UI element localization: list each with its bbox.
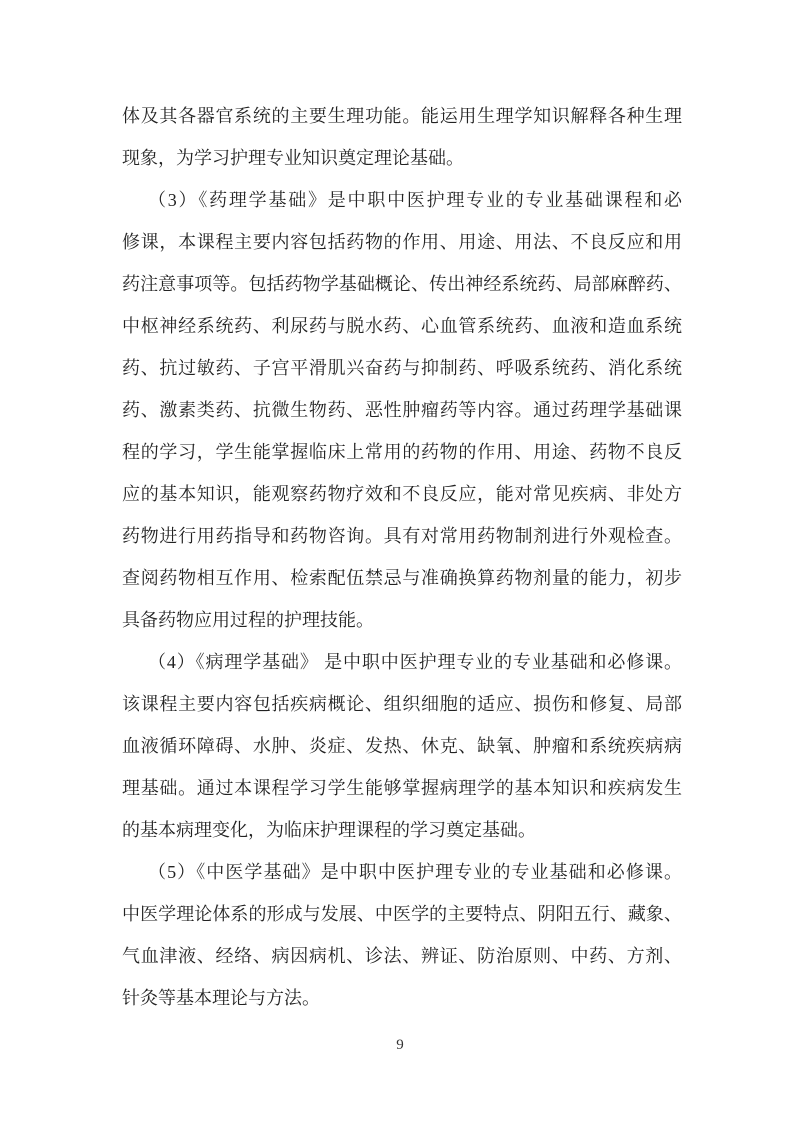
- text-line: 药物进行用药指导和药物咨询。具有对常用药物制剂进行外观检查。: [122, 515, 682, 557]
- page-number: 9: [0, 1034, 800, 1056]
- text-line: 药注意事项等。包括药物学基础概论、传出神经系统药、局部麻醉药、: [122, 263, 682, 305]
- text-line: （3）《药理学基础》是中职中医护理专业的专业基础课程和必: [122, 179, 682, 221]
- text-line: 针灸等基本理论与方法。: [122, 977, 682, 1019]
- text-line: 理基础。通过本课程学习学生能够掌握病理学的基本知识和疾病发生: [122, 767, 682, 809]
- text-line: 药、激素类药、抗微生物药、恶性肿瘤药等内容。通过药理学基础课: [122, 389, 682, 431]
- text-line: 气血津液、经络、病因病机、诊法、辨证、防治原则、中药、方剂、: [122, 935, 682, 977]
- text-line: 具备药物应用过程的护理技能。: [122, 599, 682, 641]
- text-line: （4）《病理学基础》 是中职中医护理专业的专业基础和必修课。: [122, 641, 682, 683]
- text-line: 体及其各器官系统的主要生理功能。能运用生理学知识解释各种生理: [122, 95, 682, 137]
- document-body: 体及其各器官系统的主要生理功能。能运用生理学知识解释各种生理现象，为学习护理专业…: [122, 95, 682, 1019]
- paragraph: 体及其各器官系统的主要生理功能。能运用生理学知识解释各种生理现象，为学习护理专业…: [122, 95, 682, 179]
- text-line: 血液循环障碍、水肿、炎症、发热、休克、缺氧、肿瘤和系统疾病病: [122, 725, 682, 767]
- text-line: 中枢神经系统药、利尿药与脱水药、心血管系统药、血液和造血系统: [122, 305, 682, 347]
- paragraph: （4）《病理学基础》 是中职中医护理专业的专业基础和必修课。该课程主要内容包括疾…: [122, 641, 682, 851]
- text-line: 查阅药物相互作用、检索配伍禁忌与准确换算药物剂量的能力，初步: [122, 557, 682, 599]
- text-line: 现象，为学习护理专业知识奠定理论基础。: [122, 137, 682, 179]
- text-line: 药、抗过敏药、子宫平滑肌兴奋药与抑制药、呼吸系统药、消化系统: [122, 347, 682, 389]
- paragraph: （3）《药理学基础》是中职中医护理专业的专业基础课程和必修课，本课程主要内容包括…: [122, 179, 682, 641]
- text-line: 修课，本课程主要内容包括药物的作用、用途、用法、不良反应和用: [122, 221, 682, 263]
- text-line: （5）《中医学基础》是中职中医护理专业的专业基础和必修课。: [122, 851, 682, 893]
- text-line: 程的学习，学生能掌握临床上常用的药物的作用、用途、药物不良反: [122, 431, 682, 473]
- text-line: 应的基本知识，能观察药物疗效和不良反应，能对常见疾病、非处方: [122, 473, 682, 515]
- paragraph: （5）《中医学基础》是中职中医护理专业的专业基础和必修课。中医学理论体系的形成与…: [122, 851, 682, 1019]
- text-line: 的基本病理变化，为临床护理课程的学习奠定基础。: [122, 809, 682, 851]
- text-line: 中医学理论体系的形成与发展、中医学的主要特点、阴阳五行、藏象、: [122, 893, 682, 935]
- document-page: 体及其各器官系统的主要生理功能。能运用生理学知识解释各种生理现象，为学习护理专业…: [0, 0, 800, 1131]
- text-line: 该课程主要内容包括疾病概论、组织细胞的适应、损伤和修复、局部: [122, 683, 682, 725]
